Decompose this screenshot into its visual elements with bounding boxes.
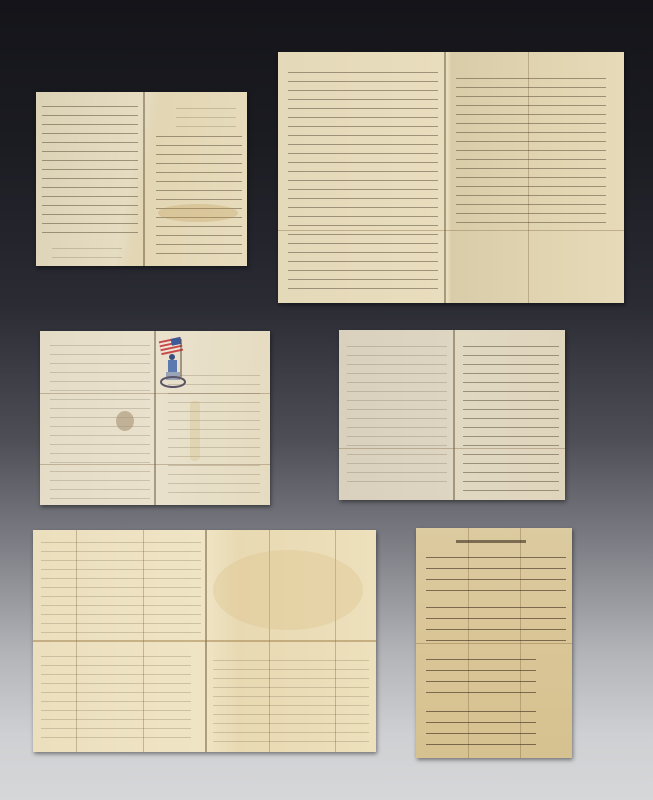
wax-seal-stain — [116, 411, 134, 431]
water-stain — [190, 401, 200, 461]
fold-spine — [154, 331, 156, 505]
handwriting-bottom-left — [41, 650, 191, 740]
poem-stanza-3 — [426, 652, 536, 696]
letter-bottom-left — [33, 530, 376, 752]
patriotic-vignette — [158, 335, 188, 391]
fold-spine — [444, 52, 446, 303]
handwriting-top-left — [41, 536, 201, 634]
poem-manuscript — [416, 528, 572, 758]
soldier-with-flag-icon — [158, 335, 188, 391]
handwriting-bottom-right — [213, 654, 369, 744]
water-stain — [213, 550, 363, 630]
letter-top-left — [36, 92, 247, 266]
handwriting-right-page — [463, 340, 559, 495]
letter-middle-right — [339, 330, 565, 500]
header-lines — [176, 102, 236, 128]
handwriting-right-page — [456, 72, 606, 226]
signature-lines — [52, 242, 122, 258]
poem-heading — [456, 540, 526, 543]
poem-stanza-5 — [426, 754, 556, 758]
handwriting-left-page — [50, 339, 150, 499]
handwriting-left-page — [288, 66, 438, 296]
poem-stanza-1 — [426, 550, 566, 594]
handwriting-left-page — [347, 340, 447, 490]
fold-line — [33, 640, 376, 642]
handwriting-right-page — [156, 130, 242, 260]
fold-spine — [453, 330, 455, 500]
letter-flag-vignette — [40, 331, 270, 505]
water-stain — [158, 204, 238, 222]
fold-spine — [143, 92, 145, 266]
letter-top-right — [278, 52, 624, 303]
poem-stanza-4 — [426, 704, 536, 748]
poem-stanza-2 — [426, 600, 566, 644]
handwriting-left-page — [42, 100, 138, 240]
